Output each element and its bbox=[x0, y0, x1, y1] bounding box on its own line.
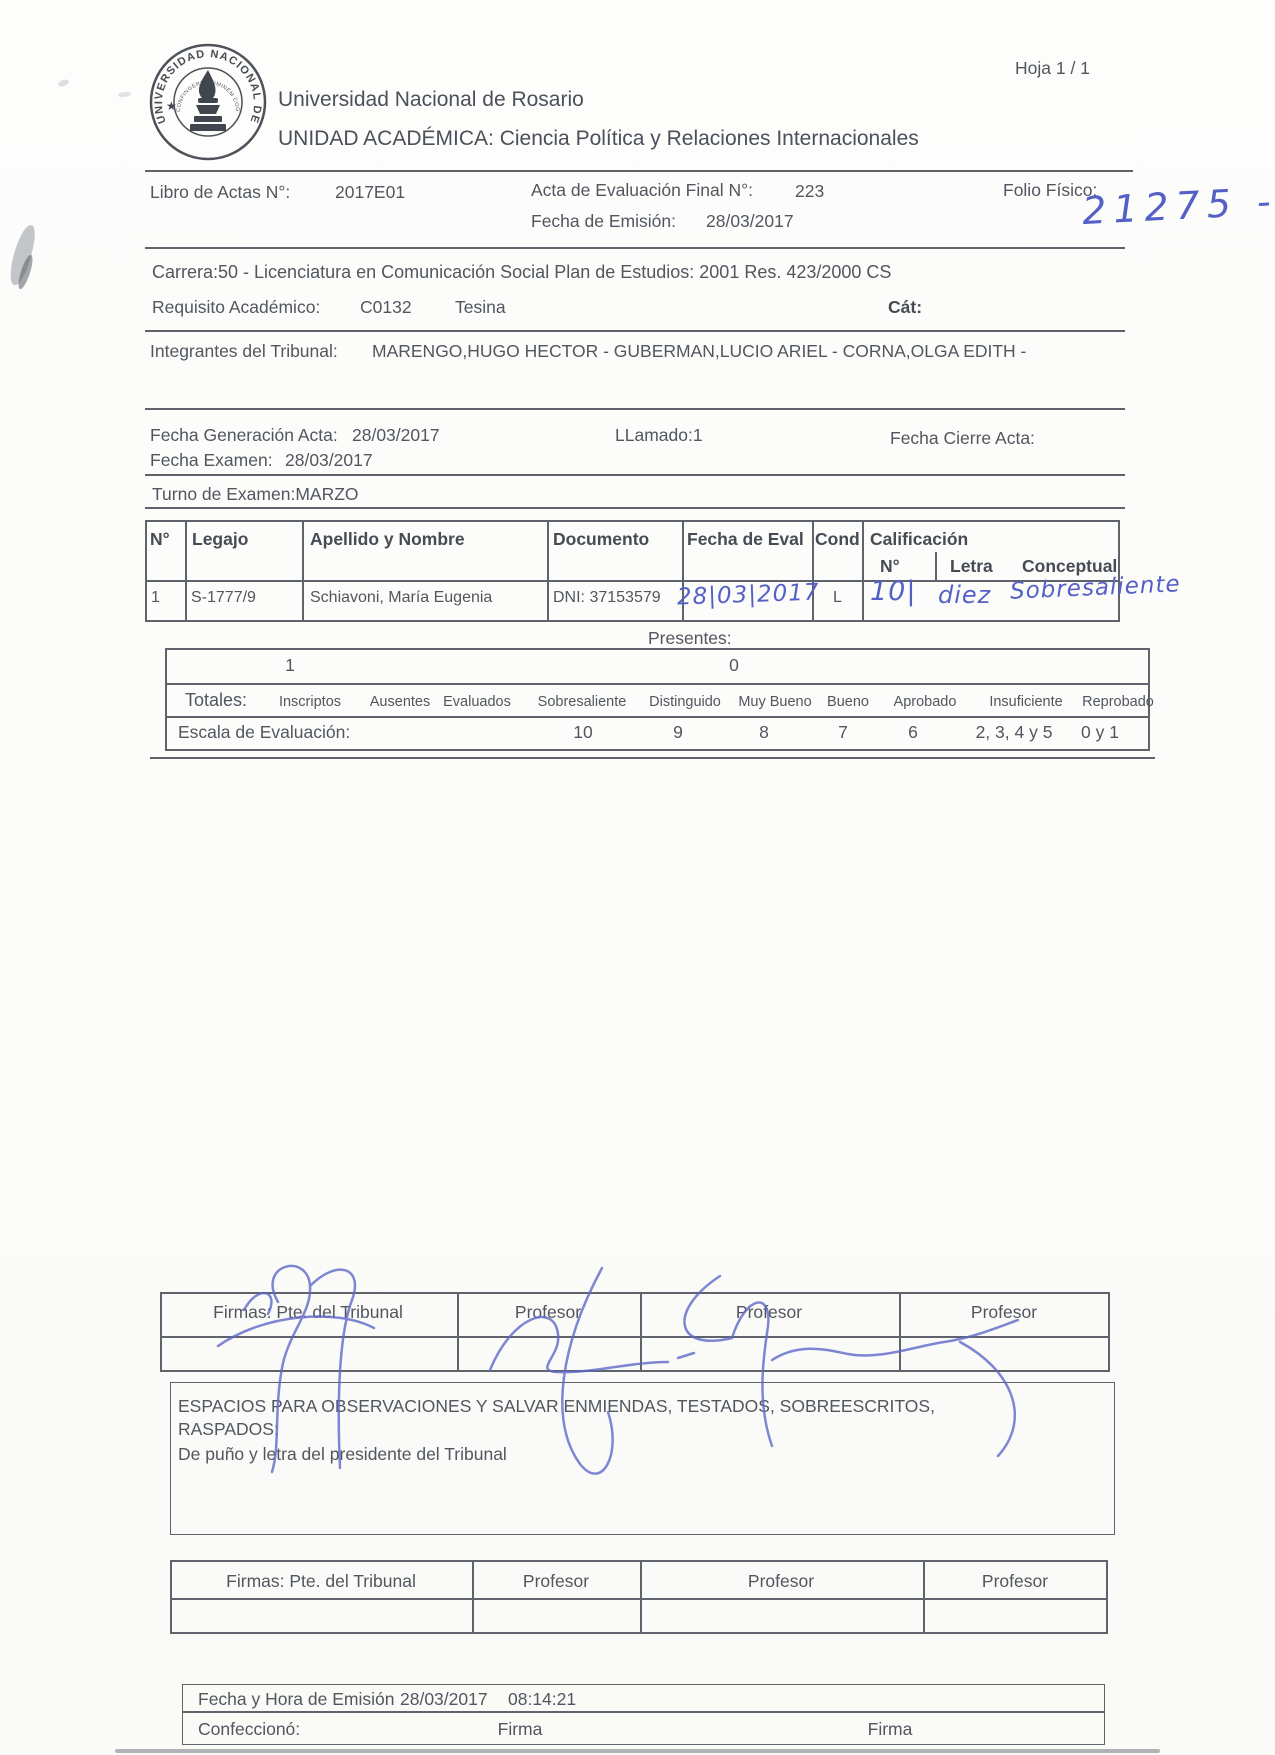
presentes-count-2: 0 bbox=[729, 655, 739, 675]
col-header-cal-letra: Letra bbox=[950, 556, 993, 576]
totales-col-bueno: Bueno bbox=[827, 694, 869, 711]
col-header-fecha: Fecha de Eval bbox=[687, 529, 804, 549]
signatures-col-line bbox=[640, 1560, 642, 1634]
acta-label: Acta de Evaluación Final N°: bbox=[531, 180, 753, 200]
firmas-top-presidente-label: Firmas: Pte. del Tribunal bbox=[213, 1302, 403, 1322]
row-documento: DNI: 37153579 bbox=[553, 589, 661, 607]
carrera-line: Carrera:50 - Licenciatura en Comunicació… bbox=[152, 262, 891, 283]
footer-firma2-label: Firma bbox=[868, 1719, 913, 1739]
university-seal: UNIVERSIDAD NACIONAL DE ROSARIO CONFINGE… bbox=[146, 40, 270, 164]
torch-stem bbox=[196, 105, 220, 114]
escala-value-6: 6 bbox=[908, 722, 918, 742]
seal-star-icon: ★ bbox=[166, 99, 177, 113]
observaciones-line3: De puño y letra del presidente del Tribu… bbox=[178, 1444, 507, 1464]
totals-border-top bbox=[165, 648, 1150, 650]
torch-base-1 bbox=[194, 116, 222, 122]
row-cal-letra-handwritten: diez bbox=[938, 581, 991, 609]
col-header-cal-conceptual: Conceptual bbox=[1022, 556, 1117, 576]
footer-emision-label: Fecha y Hora de Emisión bbox=[198, 1689, 394, 1709]
table-column-line bbox=[862, 520, 864, 622]
divider-wide bbox=[150, 757, 1155, 759]
col-header-nro: N° bbox=[150, 529, 170, 549]
signatures-col-line bbox=[472, 1560, 474, 1634]
signatures-col-line bbox=[457, 1292, 459, 1372]
libro-value: 2017E01 bbox=[335, 182, 405, 202]
totals-row-line bbox=[165, 716, 1150, 718]
divider bbox=[145, 507, 1125, 509]
emision-value: 28/03/2017 bbox=[706, 211, 794, 231]
totales-col-evaluados: Evaluados bbox=[443, 694, 511, 711]
col-header-legajo: Legajo bbox=[192, 529, 248, 549]
col-header-calificacion: Calificación bbox=[870, 529, 968, 549]
firmas-bottom-profesor3-label: Profesor bbox=[982, 1571, 1048, 1591]
footer-emision-hora: 08:14:21 bbox=[508, 1689, 576, 1709]
seal-motto-text: CONFINGERE HOMINEM COGITANTEM bbox=[146, 40, 240, 112]
observaciones-line1: ESPACIOS PARA OBSERVACIONES Y SALVAR ENM… bbox=[178, 1396, 935, 1416]
table-subcolumn-line bbox=[935, 552, 937, 580]
totales-col-ausentes: Ausentes bbox=[370, 694, 430, 711]
totals-border-bottom bbox=[165, 749, 1150, 751]
row-nro: 1 bbox=[151, 589, 160, 607]
requisito-label: Requisito Académico: bbox=[152, 297, 320, 317]
folio-handwritten-value: 21275 - bbox=[1081, 179, 1275, 233]
totals-row-line bbox=[165, 683, 1150, 685]
fecha-examen-value: 28/03/2017 bbox=[285, 450, 373, 470]
svg-text:CONFINGERE HOMINEM COGITANTEM: CONFINGERE HOMINEM COGITANTEM bbox=[146, 40, 240, 112]
divider bbox=[145, 474, 1125, 476]
torch-cup bbox=[198, 98, 218, 103]
signatures-col-line bbox=[899, 1292, 901, 1372]
firmas-bottom-profesor1-label: Profesor bbox=[523, 1571, 589, 1591]
signatures-row-line bbox=[160, 1336, 1110, 1338]
escala-value-insuficiente: 2, 3, 4 y 5 bbox=[976, 722, 1053, 742]
turno-examen: Turno de Examen:MARZO bbox=[152, 484, 359, 504]
emision-label: Fecha de Emisión: bbox=[531, 211, 676, 231]
signatures-row-line bbox=[170, 1598, 1108, 1600]
university-name: Universidad Nacional de Rosario bbox=[278, 88, 584, 112]
table-column-line bbox=[185, 520, 187, 622]
presentes-count-1: 1 bbox=[285, 655, 295, 675]
table-column-line bbox=[547, 520, 549, 622]
escala-value-10: 10 bbox=[573, 722, 592, 742]
fecha-cierre-label: Fecha Cierre Acta: bbox=[890, 428, 1035, 448]
tribunal-members: MARENGO,HUGO HECTOR - GUBERMAN,LUCIO ARI… bbox=[372, 341, 1026, 361]
fecha-generacion-label: Fecha Generación Acta: bbox=[150, 425, 338, 445]
firmas-top-profesor3-label: Profesor bbox=[971, 1302, 1037, 1322]
footer-row-line bbox=[182, 1711, 1105, 1713]
footer-emision-fecha: 28/03/2017 bbox=[400, 1689, 488, 1709]
divider bbox=[145, 170, 1133, 172]
totales-col-sobresaliente: Sobresaliente bbox=[538, 694, 627, 711]
divider bbox=[145, 247, 1125, 249]
scan-bottom-edge bbox=[115, 1749, 1160, 1753]
firmas-top-profesor2-label: Profesor bbox=[736, 1302, 802, 1322]
row-cond: L bbox=[833, 589, 842, 607]
col-header-cal-nro: N° bbox=[880, 556, 900, 576]
libro-label: Libro de Actas N°: bbox=[150, 182, 290, 202]
requisito-code: C0132 bbox=[360, 297, 412, 317]
totales-label: Totales: bbox=[185, 690, 247, 711]
fecha-examen-label: Fecha Examen: bbox=[150, 450, 273, 470]
table-column-line bbox=[302, 520, 304, 622]
torch-base-2 bbox=[190, 124, 226, 131]
fecha-generacion-value: 28/03/2017 bbox=[352, 425, 440, 445]
tribunal-label: Integrantes del Tribunal: bbox=[150, 341, 338, 361]
divider bbox=[145, 408, 1125, 410]
row-cal-nro-handwritten: 10| bbox=[870, 576, 916, 607]
totales-col-aprobado: Aprobado bbox=[894, 694, 957, 711]
sheet-number: Hoja 1 / 1 bbox=[1015, 58, 1090, 78]
col-header-cond: Cond bbox=[815, 529, 860, 549]
footer-confecciono-label: Confeccionó: bbox=[198, 1719, 300, 1739]
scanned-document-page: Hoja 1 / 1 UNIVERSIDAD NACIONAL DE ROSAR… bbox=[0, 0, 1275, 1755]
row-legajo: S-1777/9 bbox=[191, 589, 256, 607]
row-nombre: Schiavoni, María Eugenia bbox=[310, 589, 492, 607]
firmas-bottom-profesor2-label: Profesor bbox=[748, 1571, 814, 1591]
torch-flame-icon bbox=[199, 70, 216, 100]
observaciones-line2: RASPADOS: bbox=[178, 1419, 279, 1439]
totales-col-inscriptos: Inscriptos bbox=[279, 694, 341, 711]
footer-firma1-label: Firma bbox=[498, 1719, 543, 1739]
table-column-line bbox=[812, 520, 814, 622]
totales-col-reprobado: Reprobado bbox=[1082, 694, 1154, 711]
escala-value-9: 9 bbox=[673, 722, 683, 742]
firmas-bottom-presidente-label: Firmas: Pte. del Tribunal bbox=[226, 1571, 416, 1591]
col-header-nombre: Apellido y Nombre bbox=[310, 529, 465, 549]
requisito-name: Tesina bbox=[455, 297, 506, 317]
signatures-col-line bbox=[640, 1292, 642, 1372]
row-fecha-eval-handwritten: 28|03|2017 bbox=[677, 580, 820, 611]
col-header-documento: Documento bbox=[553, 529, 649, 549]
scan-speck bbox=[118, 91, 132, 98]
divider bbox=[145, 330, 1125, 332]
totales-col-distinguido: Distinguido bbox=[649, 694, 721, 711]
totales-col-muy-bueno: Muy Bueno bbox=[738, 694, 811, 711]
escala-label: Escala de Evaluación: bbox=[178, 722, 350, 742]
presentes-label: Presentes: bbox=[648, 628, 732, 648]
escala-value-reprobado: 0 y 1 bbox=[1081, 722, 1119, 742]
firmas-top-profesor1-label: Profesor bbox=[515, 1302, 581, 1322]
academic-unit: UNIDAD ACADÉMICA: Ciencia Política y Rel… bbox=[278, 127, 919, 151]
escala-value-7: 7 bbox=[838, 722, 848, 742]
totales-col-insuficiente: Insuficiente bbox=[989, 694, 1062, 711]
seal-ring-text: UNIVERSIDAD NACIONAL DE ROSARIO bbox=[146, 40, 263, 125]
scan-speck bbox=[57, 78, 69, 87]
llamado: LLamado:1 bbox=[615, 425, 703, 445]
acta-value: 223 bbox=[795, 181, 824, 201]
signatures-col-line bbox=[923, 1560, 925, 1634]
catedra-label: Cát: bbox=[888, 297, 922, 317]
svg-text:UNIVERSIDAD NACIONAL DE ROSARI: UNIVERSIDAD NACIONAL DE ROSARIO bbox=[146, 40, 263, 125]
escala-value-8: 8 bbox=[759, 722, 769, 742]
totals-border-left bbox=[165, 648, 167, 751]
